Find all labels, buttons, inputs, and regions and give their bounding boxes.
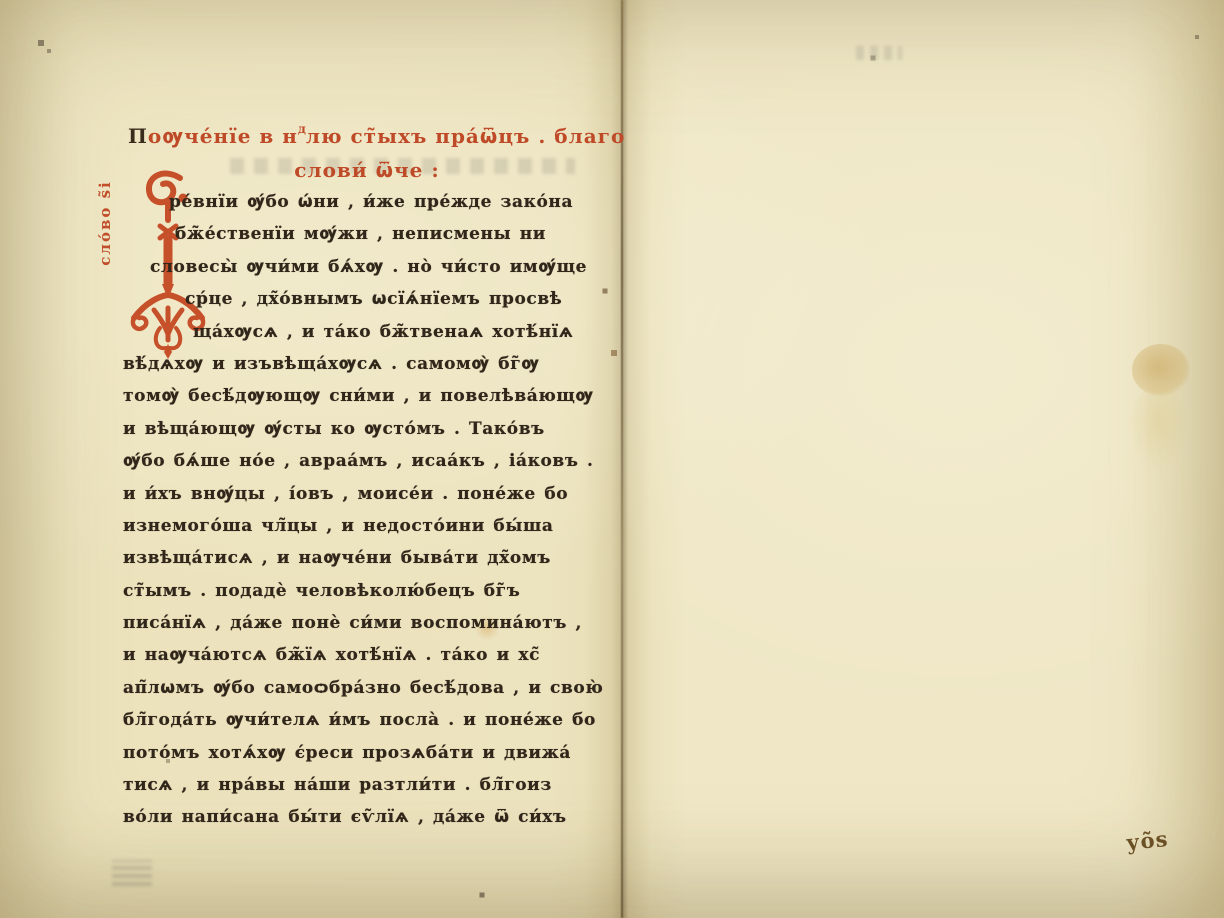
text-line: томѹ̀ бесѣ́дѹющѹ сни́ми , и повелѣва́ющѹ (123, 380, 613, 412)
right-page: наѹча́еми и́стиннѣ , не ѿвраще́ни бѹ́дем… (612, 0, 1224, 918)
text-line: извѣща́тисѧ , и наѹче́ни быва́ти дх̃омъ (123, 542, 613, 574)
rubric-heading-line-1: Поѹче́нїе в ндлю ст̃ыхъ пра́ѿцъ . благо (128, 112, 606, 153)
heading-superscript: д (298, 122, 306, 136)
left-page-text: ре́внїи ѹ́бо ѡ́ни , и́же пре́жде зако́на… (123, 186, 613, 834)
text-line: ср́це , дх̃о́внымъ ѡсїѧ́нїемъ просвѣ (123, 283, 613, 315)
folio-number: уо̃ѕ (1125, 826, 1170, 855)
margin-note: сло́во ѕ̃і (96, 180, 114, 266)
text-line: писа́нїѧ , да́же понѐ си́ми воспомина́ют… (123, 607, 613, 639)
book-spread: сло́во ѕ̃і Поѹче́нїе в ндлю ст̃ыхъ пра́ѿ… (0, 0, 1224, 918)
heading-lead-initial: П (128, 124, 148, 148)
text-line: бл̃года́ть ѹчи́телѧ и́мъ посла̀ . и поне… (123, 704, 613, 736)
left-page: сло́во ѕ̃і Поѹче́нїе в ндлю ст̃ыхъ пра́ѿ… (0, 0, 612, 918)
text-line: словесы̀ ѹчи́ми бѧ́хѹ . но̀ чи́сто имѹ́щ… (123, 251, 613, 283)
text-line: ре́внїи ѹ́бо ѡ́ни , и́же пре́жде зако́на (123, 186, 613, 218)
text-line: и и́хъ внѹ́цы , і́овъ , моисе́и . поне́ж… (123, 478, 613, 510)
text-line: и вѣща́ющѹ ѹ́сты ко ѹсто́мъ . Тако́въ (123, 413, 613, 445)
text-line: тисѧ , и нра́вы на́ши разтли́ти . бл̃гои… (123, 769, 613, 801)
text-line: и наѹча́ютсѧ бж̃їѧ хотѣ́нїѧ . та́ко и хс… (123, 639, 613, 671)
text-line: ща́хѹсѧ , и та́ко бж̃твенаѧ хотѣ́нїѧ (123, 316, 613, 348)
text-line: пото́мъ хотѧ́хѹ є́реси прозѧба́ти и движ… (123, 737, 613, 769)
text-line: ѹ́бо бѧ́ше но́е , авраа́мъ , исаа́къ , і… (123, 445, 613, 477)
text-line: вѣ́дѧхѹ и изъвѣща́хѹсѧ . самомѹ̀ бг̃ѹ (123, 348, 613, 380)
text-line: изнемого́ша чл̃цы , и недосто́ини бы́ша (123, 510, 613, 542)
heading-text: лю ст̃ыхъ пра́ѿцъ . благо (306, 124, 625, 148)
text-line: ап̃лѡмъ ѹ́бо самоѻбра́зно бесѣ́дова , и … (123, 672, 613, 704)
heading-text: оѹче́нїе в н (148, 124, 298, 148)
text-line: бж̃е́ственїи мѹ́жи , неписмены ни (123, 218, 613, 250)
text-line: во́ли напи́сана бы́ти єѵ̃лїѧ , да́же ѿ с… (123, 801, 613, 833)
text-line: ст̃ымъ . подадѐ человѣколю́бецъ бг̃ъ (123, 575, 613, 607)
